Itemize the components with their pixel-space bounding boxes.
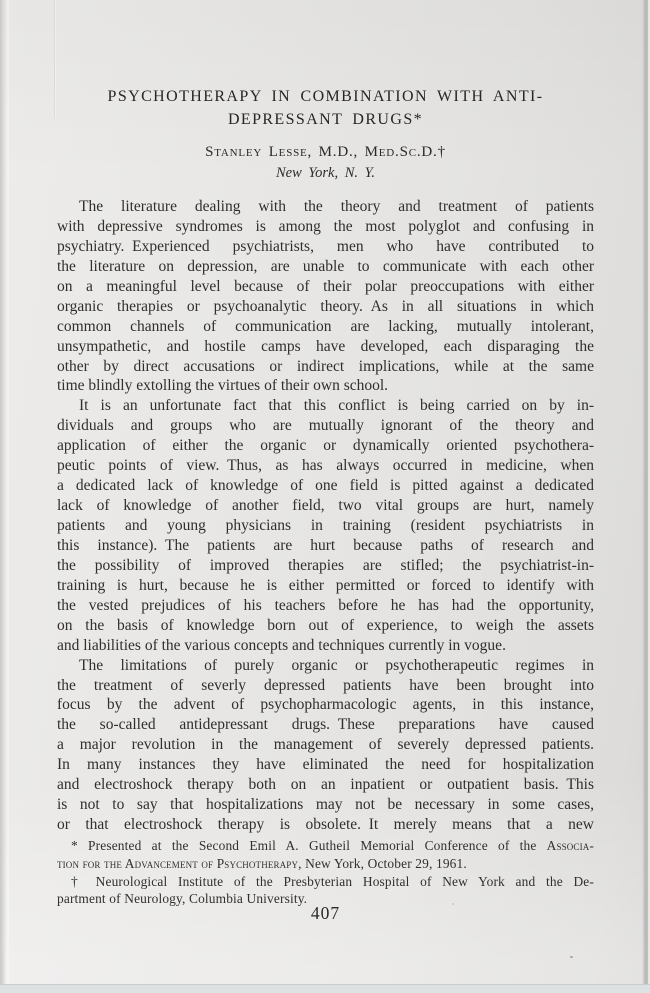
text-line: this instance). The patients are hurt be… [57,536,594,556]
text-line: In many instances they have eliminated t… [57,755,594,775]
small-caps-text: tion for the Advancement of Psychotherap… [57,856,298,871]
footnote-text: † Neurological Institute of the Presbyte… [71,874,594,889]
paragraph: It is an unfortunate fact that this conf… [57,396,594,655]
page-left-edge-shadow [0,0,6,993]
text-line: the possibility of improved therapies ar… [57,556,594,576]
text-line: with depressive syndromes is among the m… [57,217,594,237]
text-line: or that electroshock therapy is obsolete… [57,815,594,835]
paragraph: The limitations of purely organic or psy… [57,656,594,835]
page-left-edge-highlight [7,0,9,993]
text-line: the vested prejudices of his teachers be… [57,596,594,616]
text-line: It is an unfortunate fact that this conf… [57,396,594,416]
text-line: other by direct accusations or indirect … [57,357,594,377]
text-line: common channels of communication are lac… [57,317,594,337]
paper-crease [54,0,55,118]
author-location: New York, N. Y. [57,165,594,182]
scan-bottom-strip [0,984,650,993]
text-line: organic therapies or psychoanalytic theo… [57,297,594,317]
text-line: the so-called antidepressant drugs. Thes… [57,715,594,735]
article-body: The literature dealing with the theory a… [57,197,594,835]
article-title-line-1: PSYCHOTHERAPY IN COMBINATION WITH ANTI- [57,85,594,108]
text-line: time blindly extolling the virtues of th… [57,376,594,396]
text-line: and electroshock therapy both on an inpa… [57,775,594,795]
author-byline: Stanley Lesse, M.D., Med.Sc.D.† [57,144,594,161]
paper-speck [570,956,573,958]
article-title-line-2: DEPRESSANT DRUGS* [57,108,594,131]
text-line: dividuals and groups who are mutually ig… [57,416,594,436]
text-line: The limitations of purely organic or psy… [57,656,594,676]
text-line: focus by the advent of psychopharmacolog… [57,695,594,715]
footnotes: * Presented at the Second Emil A. Guthei… [57,837,594,908]
text-line: is not to say that hospitalizations may … [57,795,594,815]
text-line: unsympathetic, and hostile camps have de… [57,337,594,357]
page-number: 407 [57,903,594,924]
paragraph: The literature dealing with the theory a… [57,197,594,396]
text-line: psychiatry. Experienced psychiatrists, m… [57,237,594,257]
text-line: the treatment of severly depressed patie… [57,676,594,696]
text-line: the literature on depression, are unable… [57,257,594,277]
footnote-line: * Presented at the Second Emil A. Guthei… [57,837,594,855]
text-line: The literature dealing with the theory a… [57,197,594,217]
text-line: on the basis of knowledge born out of ex… [57,616,594,636]
footnote-line: tion for the Advancement of Psychotherap… [57,855,594,873]
footnote-text: , New York, October 29, 1961. [298,856,467,871]
paper-page: PSYCHOTHERAPY IN COMBINATION WITH ANTI- … [0,0,650,993]
text-line: lack of knowledge of another field, two … [57,496,594,516]
text-line: on a meaningful level because of their p… [57,277,594,297]
text-line: peutic points of view. Thus, as has alwa… [57,456,594,476]
text-line: application of either the organic or dyn… [57,436,594,456]
text-line: a major revolution in the management of … [57,735,594,755]
article-title: PSYCHOTHERAPY IN COMBINATION WITH ANTI- … [57,85,594,131]
text-line: training is hurt, because he is either p… [57,576,594,596]
text-line: patients and young physicians in trainin… [57,516,594,536]
small-caps-text: Associa- [547,838,594,853]
text-line: a dedicated lack of knowledge of one fie… [57,476,594,496]
footnote-line: † Neurological Institute of the Presbyte… [57,873,594,891]
footnote-text: * Presented at the Second Emil A. Guthei… [71,838,547,853]
footnote: * Presented at the Second Emil A. Guthei… [57,837,594,873]
text-line: and liabilities of the various concepts … [57,636,594,656]
